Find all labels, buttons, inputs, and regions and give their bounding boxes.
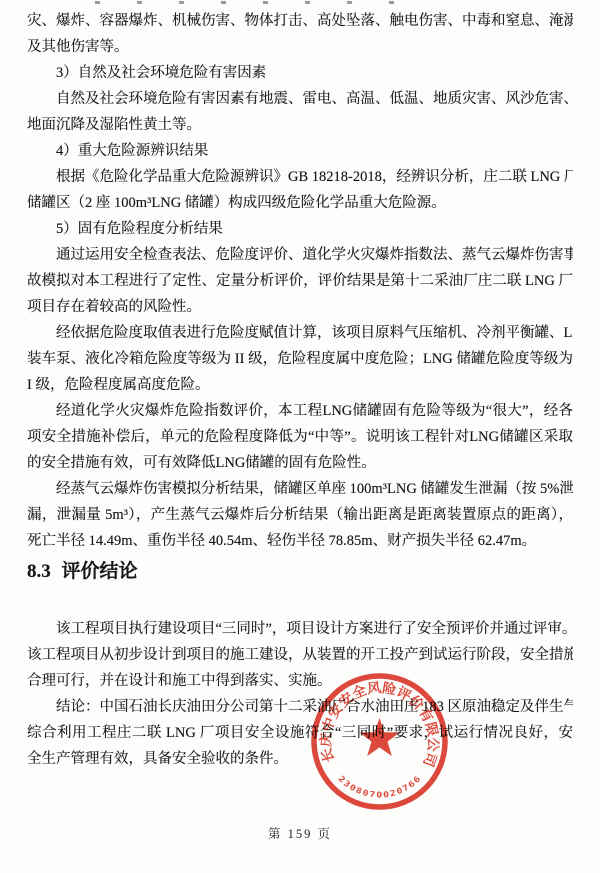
text-line: 装车泵、液化冷箱危险度等级为 II 级，危险程度属中度危险；LNG 储罐危险度等… — [27, 346, 573, 372]
text-line: 漏，泄漏量 5m³），产生蒸气云爆炸后分析结果（输出距离是距离装置原点的距离）， — [27, 502, 573, 528]
text-line: I 级，危险程度属高度危险。 — [27, 372, 573, 398]
text-line: 项安全措施补偿后，单元的危险程度降低为“中等”。说明该工程针对LNG储罐区采取 — [27, 424, 573, 450]
text-line: 经蒸气云爆炸伤害模拟分析结果，储罐区单座 100m³LNG 储罐发生泄漏（按 5… — [27, 476, 573, 502]
company-seal-stamp: 长庆中安安全风险评价有限公司 2308070020766 — [309, 671, 450, 812]
text-line: 项目存在着较高的风险性。 — [27, 294, 573, 320]
text-line: 储罐区（2 座 100m³LNG 储罐）构成四级危险化学品重大危险源。 — [27, 190, 573, 216]
seal-graphic: 长庆中安安全风险评价有限公司 2308070020766 — [309, 671, 450, 812]
text-line: 通过运用安全检查表法、危险度评价、道化学火灾爆炸指数法、蒸气云爆炸伤害事 — [27, 242, 573, 268]
text-line: 4）重大危险源辨识结果 — [27, 138, 573, 164]
document-page: 灾、爆炸、容器爆炸、机械伤害、物体打击、高处坠落、触电伤害、中毒和窒息、淹溺 及… — [0, 0, 600, 873]
text-line: 5）固有危险程度分析结果 — [27, 216, 573, 242]
text-line: 死亡半径 14.49m、重伤半径 40.54m、轻伤半径 78.85m、财产损失… — [27, 528, 573, 554]
star-icon — [360, 718, 400, 756]
text-line: 经道化学火灾爆炸危险指数评价，本工程LNG储罐固有危险等级为“很大”，经各 — [27, 398, 573, 424]
document-body: 灾、爆炸、容器爆炸、机械伤害、物体打击、高处坠落、触电伤害、中毒和窒息、淹溺 及… — [27, 8, 573, 772]
text-line: 经依据危险度取值表进行危险度赋值计算，该项目原料气压缩机、冷剂平衡罐、LNG — [27, 320, 573, 346]
text-line: 该工程项目执行建设项目“三同时”，项目设计方案进行了安全预评价并通过评审。 — [27, 616, 573, 642]
text-line: 自然及社会环境危险有害因素有地震、雷电、高温、低温、地质灾害、风沙危害、 — [27, 86, 573, 112]
text-line: 综合利用工程庄二联 LNG 厂项目安全设施符合“三同时”要求，试运行情况良好，安 — [27, 720, 573, 746]
clipped-previous-line-artifact — [95, 1, 425, 4]
text-line: 全生产管理有效，具备安全验收的条件。 — [27, 746, 573, 772]
text-line: 灾、爆炸、容器爆炸、机械伤害、物体打击、高处坠落、触电伤害、中毒和窒息、淹溺 — [27, 8, 573, 34]
text-line: 合理可行，并在设计和施工中得到落实、实施。 — [27, 668, 573, 694]
text-line: 故模拟对本工程进行了定性、定量分析评价，评价结果是第十二采油厂庄二联 LNG 厂 — [27, 268, 573, 294]
text-line: 3）自然及社会环境危险有害因素 — [27, 60, 573, 86]
text-line: 该工程项目从初步设计到项目的施工建设，从装置的开工投产到试运行阶段，安全措施 — [27, 642, 573, 668]
section-heading: 8.3 评价结论 — [27, 558, 573, 586]
page-number: 第 159 页 — [0, 824, 600, 842]
text-line: 地面沉降及湿陷性黄土等。 — [27, 112, 573, 138]
text-line: 及其他伤害等。 — [27, 34, 573, 60]
text-line: 根据《危险化学品重大危险源辨识》GB 18218-2018，经辨识分析，庄二联 … — [27, 164, 573, 190]
text-line: 的安全措施有效，可有效降低LNG储罐的固有危险性。 — [27, 450, 573, 476]
text-line: 结论：中国石油长庆油田分公司第十二采油厂合水油田庄 183 区原油稳定及伴生气 — [27, 694, 573, 720]
seal-serial-number: 2308070020766 — [336, 774, 423, 800]
